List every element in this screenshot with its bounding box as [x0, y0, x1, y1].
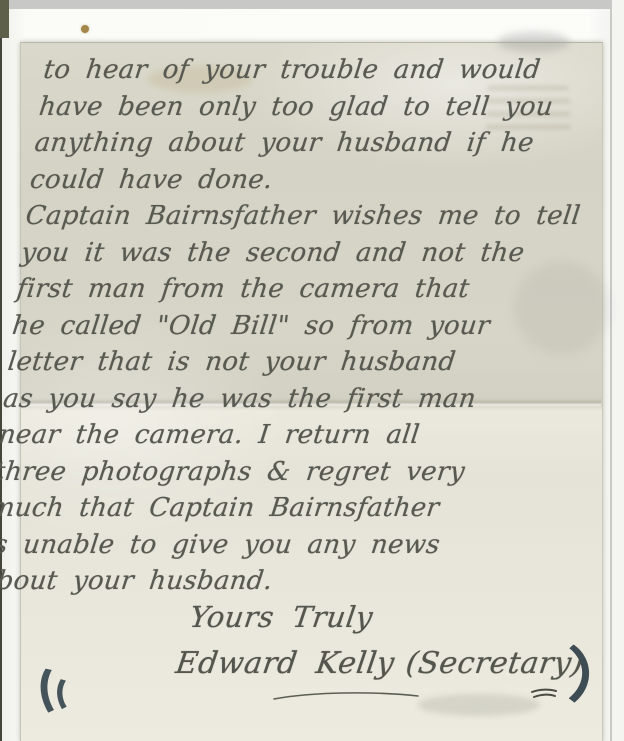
- signature-role: (Secretary): [404, 646, 586, 681]
- scan-edge-top: [0, 0, 624, 9]
- letter-line: first man from the camera that: [15, 271, 579, 308]
- letter-line: near the camera. I return all: [0, 417, 561, 454]
- letter-line: as you say he was the first man: [1, 381, 565, 418]
- letter-line: you it was the second and not the: [19, 235, 583, 272]
- signature-flourish-underline: [272, 690, 420, 702]
- letter-body-text: to hear of your trouble and would have b…: [0, 52, 606, 600]
- letter-line: is unable to give you any news: [0, 527, 548, 564]
- album-double-comma-mark-icon: [34, 666, 73, 715]
- scan-edge-right: [610, 0, 624, 741]
- scanned-letter-page: to hear of your trouble and would have b…: [0, 0, 624, 741]
- letter-line: letter that is not your husband: [6, 344, 570, 381]
- foxing-dot: [81, 25, 89, 33]
- letter-line: about your husband.: [0, 563, 543, 600]
- ink-showthrough-stain: [418, 694, 540, 716]
- letter-closing: Yours Truly: [188, 600, 376, 634]
- letter-line: have been only too glad to tell you: [37, 89, 601, 126]
- signature-name: Edward Kelly: [174, 646, 397, 681]
- album-bracket-mark-icon: [565, 644, 602, 704]
- letter-line: could have done.: [28, 162, 592, 199]
- letter-line: anything about your husband if he: [33, 125, 597, 162]
- scan-edge-left-line: [0, 0, 2, 741]
- signature-flourish-equals: [530, 688, 558, 700]
- letter-line: three photographs & regret very: [0, 454, 557, 491]
- signature-line: Edward Kelly(Secretary): [174, 646, 587, 681]
- letter-line: much that Captain Bairnsfather: [0, 490, 552, 527]
- letter-line: Captain Bairnsfather wishes me to tell: [24, 198, 588, 235]
- scan-edge-left-dark: [0, 0, 9, 38]
- letter-line: to hear of your trouble and would: [42, 52, 606, 89]
- letter-line: he called "Old Bill" so from your: [10, 308, 574, 345]
- smudge-mark: [498, 32, 570, 52]
